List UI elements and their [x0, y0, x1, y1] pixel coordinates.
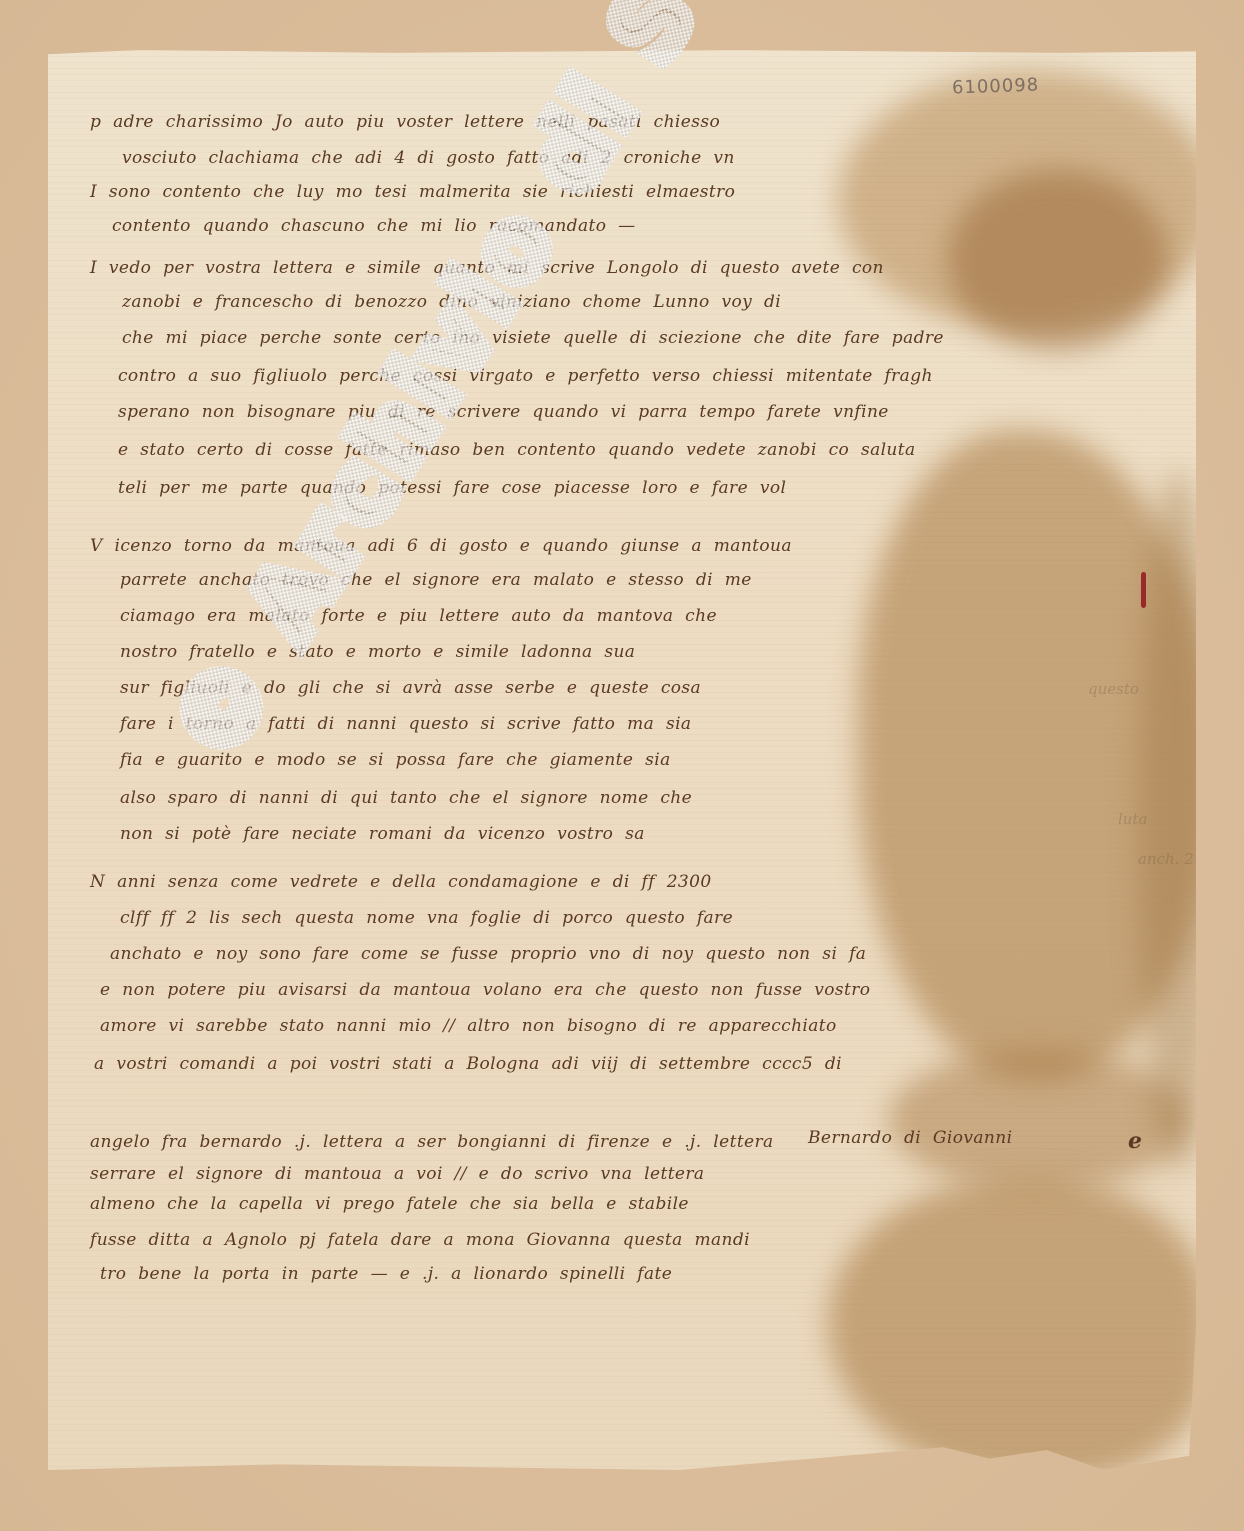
letter-line: N anni senza come vedrete e della condam…	[90, 872, 712, 892]
letter-line: anchato e noy sono fare come se fusse pr…	[110, 944, 866, 964]
letter-line: p adre charissimo Jo auto piu voster let…	[90, 112, 720, 132]
letter-line: vosciuto clachiama che adi 4 di gosto fa…	[122, 148, 735, 168]
letter-line: I sono contento che luy mo tesi malmerit…	[90, 182, 735, 202]
scanned-document: luta anch. 2 questo p adre charissimo Jo…	[0, 0, 1244, 1531]
letter-line: sur figliuoli e do gli che si avrà asse …	[120, 678, 701, 698]
letter-line: fia e guarito e modo se si possa fare ch…	[120, 750, 671, 770]
letter-line: sperano non bisognare piu di re scrivere…	[118, 402, 889, 422]
postscript-line: serrare el signore di mantoua a voi // e…	[90, 1164, 704, 1184]
letter-line: che mi piace perche sonte certo ino visi…	[122, 328, 944, 348]
letter-line: contro a suo figliuolo perche cossi virg…	[118, 366, 933, 386]
letter-line: zanobi e francescho di benozzo dino vini…	[122, 292, 781, 312]
letter-line: amore vi sarebbe stato nanni mio // altr…	[100, 1016, 837, 1036]
letter-line: also sparo di nanni di qui tanto che el …	[120, 788, 692, 808]
red-wax-seal-remnant	[1141, 572, 1146, 608]
letter-line: contento quando chascuno che mi lio raco…	[112, 216, 636, 236]
letter-line: fare i torno a fatti di nanni questo si …	[120, 714, 691, 734]
postscript-line: almeno che la capella vi prego fatele ch…	[90, 1194, 689, 1214]
letter-line: parrete anchato trovo che el signore era…	[120, 570, 752, 590]
letter-line: a vostri comandi a poi vostri stati a Bo…	[94, 1054, 842, 1074]
letter-body: p adre charissimo Jo auto piu voster let…	[48, 50, 1196, 1470]
letter-line: ciamago era malato forte e piu lettere a…	[120, 606, 717, 626]
letter-line: e non potere piu avisarsi da mantoua vol…	[100, 980, 870, 1000]
postscript-line: fusse ditta a Agnolo pj fatela dare a mo…	[90, 1230, 750, 1250]
postscript-line: tro bene la porta in parte — e .j. a lio…	[100, 1264, 672, 1284]
letter-line: teli per me parte quando potessi fare co…	[118, 478, 786, 498]
archive-number: 6100098	[952, 74, 1040, 98]
postscript-line: angelo fra bernardo .j. lettera a ser bo…	[90, 1132, 774, 1152]
letter-line: I vedo per vostra lettera e simile quant…	[90, 258, 884, 278]
letter-line: nostro fratello e stato e morto e simile…	[120, 642, 635, 662]
letter-line: clff ff 2 lis sech questa nome vna fogli…	[120, 908, 733, 928]
letter-line: V icenzo torno da mantoua adi 6 di gosto…	[90, 536, 792, 556]
manuscript-sheet: luta anch. 2 questo p adre charissimo Jo…	[48, 50, 1196, 1470]
signature-mark: e	[1128, 1128, 1142, 1154]
letter-line: e stato certo di cosse fatte rimaso ben …	[118, 440, 916, 460]
letter-line: non si potè fare neciate romani da vicen…	[120, 824, 645, 844]
signature: Bernardo di Giovanni	[808, 1128, 1012, 1148]
